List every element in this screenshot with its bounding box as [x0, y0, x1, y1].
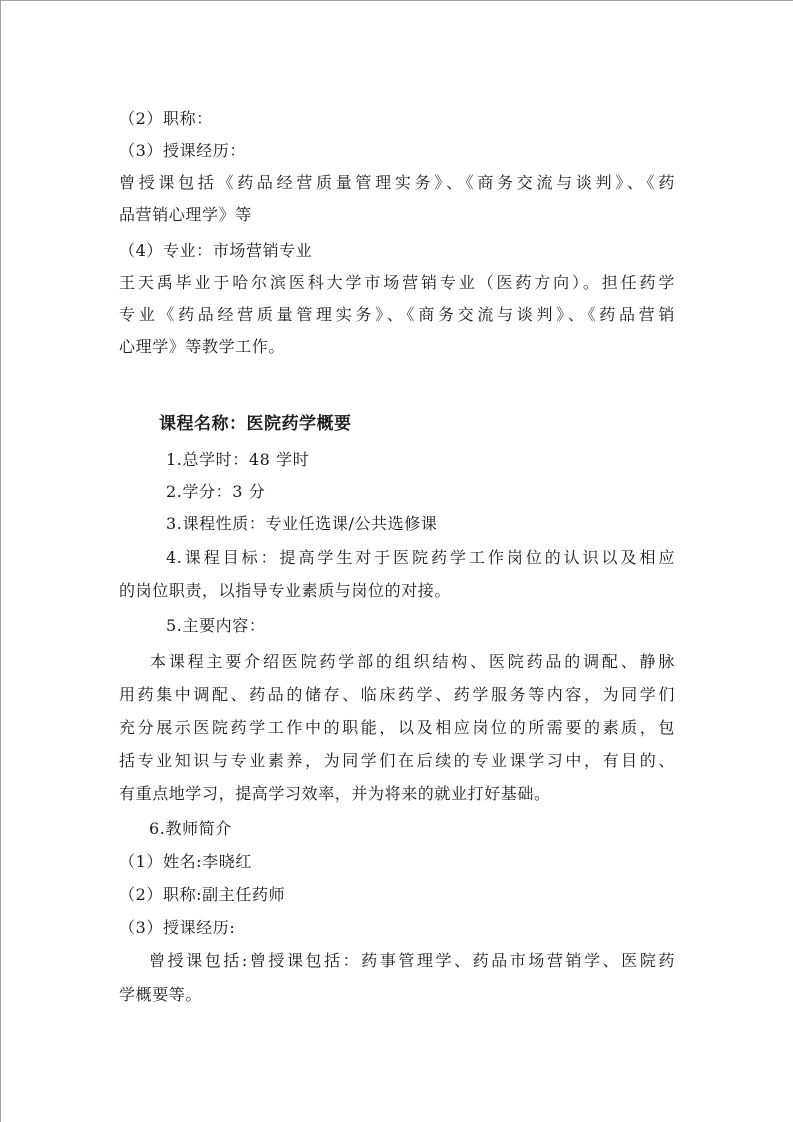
teacher-experience-line-2: 学概要等。 [119, 985, 202, 1005]
content-label: 5.主要内容： [166, 616, 265, 636]
teacher-experience-line-1: 曾授课包括:曾授课包括：药事管理学、药品市场营销学、医院药 [149, 951, 675, 971]
major-item: （4）专业：市场营销专业 [119, 241, 312, 261]
content-line-1: 本课程主要介绍医院药学部的组织结构、医院药品的调配、静脉 [150, 652, 675, 672]
teacher-name: （1）姓名:李晓红 [119, 852, 252, 872]
course-hours: 1.总学时：48 学时 [166, 450, 309, 470]
content-line-2: 用药集中调配、药品的储存、临床药学、药学服务等内容，为同学们 [119, 685, 675, 705]
teacher-title: （2）职称:副主任药师 [119, 885, 285, 905]
content-line-3: 充分展示医院药学工作中的职能，以及相应岗位的所需要的素质，包 [119, 718, 675, 738]
course-goal-line-1: 4.课程目标：提高学生对于医院药学工作岗位的认识以及相应 [166, 548, 675, 568]
document-page: （2）职称： （3）授课经历： 曾授课包括《药品经营质量管理实务》、《商务交流与… [0, 0, 793, 1122]
title-item: （2）职称： [119, 109, 213, 129]
course-title: 课程名称：医院药学概要 [159, 414, 352, 434]
bio-line-1: 王天禹毕业于哈尔滨医科大学市场营销专业（医药方向）。担任药学 [119, 273, 675, 293]
teacher-experience-label: （3）授课经历: [119, 918, 235, 938]
course-nature: 3.课程性质：专业任选课/公共选修课 [166, 514, 437, 534]
content-line-5: 有重点地学习，提高学习效率，并为将来的就业打好基础。 [119, 784, 551, 804]
teacher-intro-label: 6.教师简介 [149, 819, 232, 839]
content-line-4: 括专业知识与专业素养，为同学们在后续的专业课学习中，有目的、 [119, 751, 675, 771]
bio-line-3: 心理学》等教学工作。 [119, 337, 285, 357]
experience-label: （3）授课经历： [119, 141, 246, 161]
experience-line-1: 曾授课包括《药品经营质量管理实务》、《商务交流与谈判》、《药 [119, 173, 675, 193]
course-credits: 2.学分：3 分 [166, 482, 265, 502]
course-goal-line-2: 的岗位职责，以指导专业素质与岗位的对接。 [119, 581, 451, 601]
experience-line-2: 品营销心理学》等 [119, 205, 252, 225]
bio-line-2: 专业《药品经营质量管理实务》、《商务交流与谈判》、《药品营销 [119, 305, 675, 325]
